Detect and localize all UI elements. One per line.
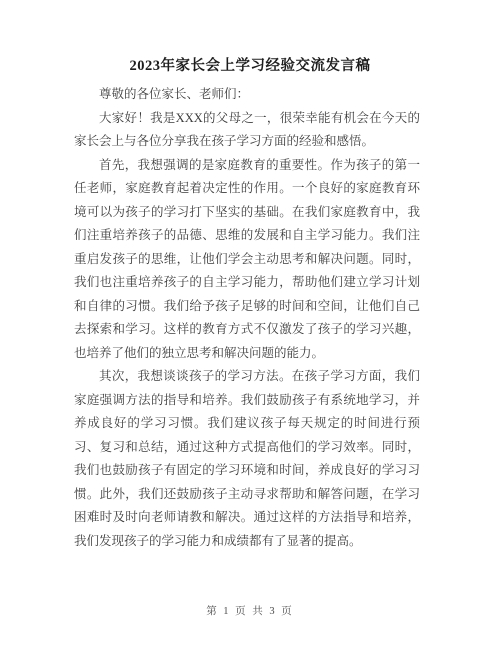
paragraph-salutation: 尊敬的各位家长、老师们： <box>74 83 420 107</box>
document-page: 2023年家长会上学习经验交流发言稿 尊敬的各位家长、老师们： 大家好！我是XX… <box>0 0 500 647</box>
document-title: 2023年家长会上学习经验交流发言稿 <box>0 0 500 76</box>
paragraph-study-methods: 其次，我想谈谈孩子的学习方法。在孩子学习方面，我们家庭强调方法的指导和培养。我们… <box>74 365 420 553</box>
paragraph-family-education: 首先，我想强调的是家庭教育的重要性。作为孩子的第一任老师，家庭教育起着决定性的作… <box>74 154 420 366</box>
document-body: 尊敬的各位家长、老师们： 大家好！我是XXX的父母之一，很荣幸能有机会在今天的家… <box>0 76 500 553</box>
page-number-footer: 第 1 页 共 3 页 <box>0 603 500 618</box>
paragraph-greeting: 大家好！我是XXX的父母之一，很荣幸能有机会在今天的家长会上与各位分享我在孩子学… <box>74 107 420 154</box>
